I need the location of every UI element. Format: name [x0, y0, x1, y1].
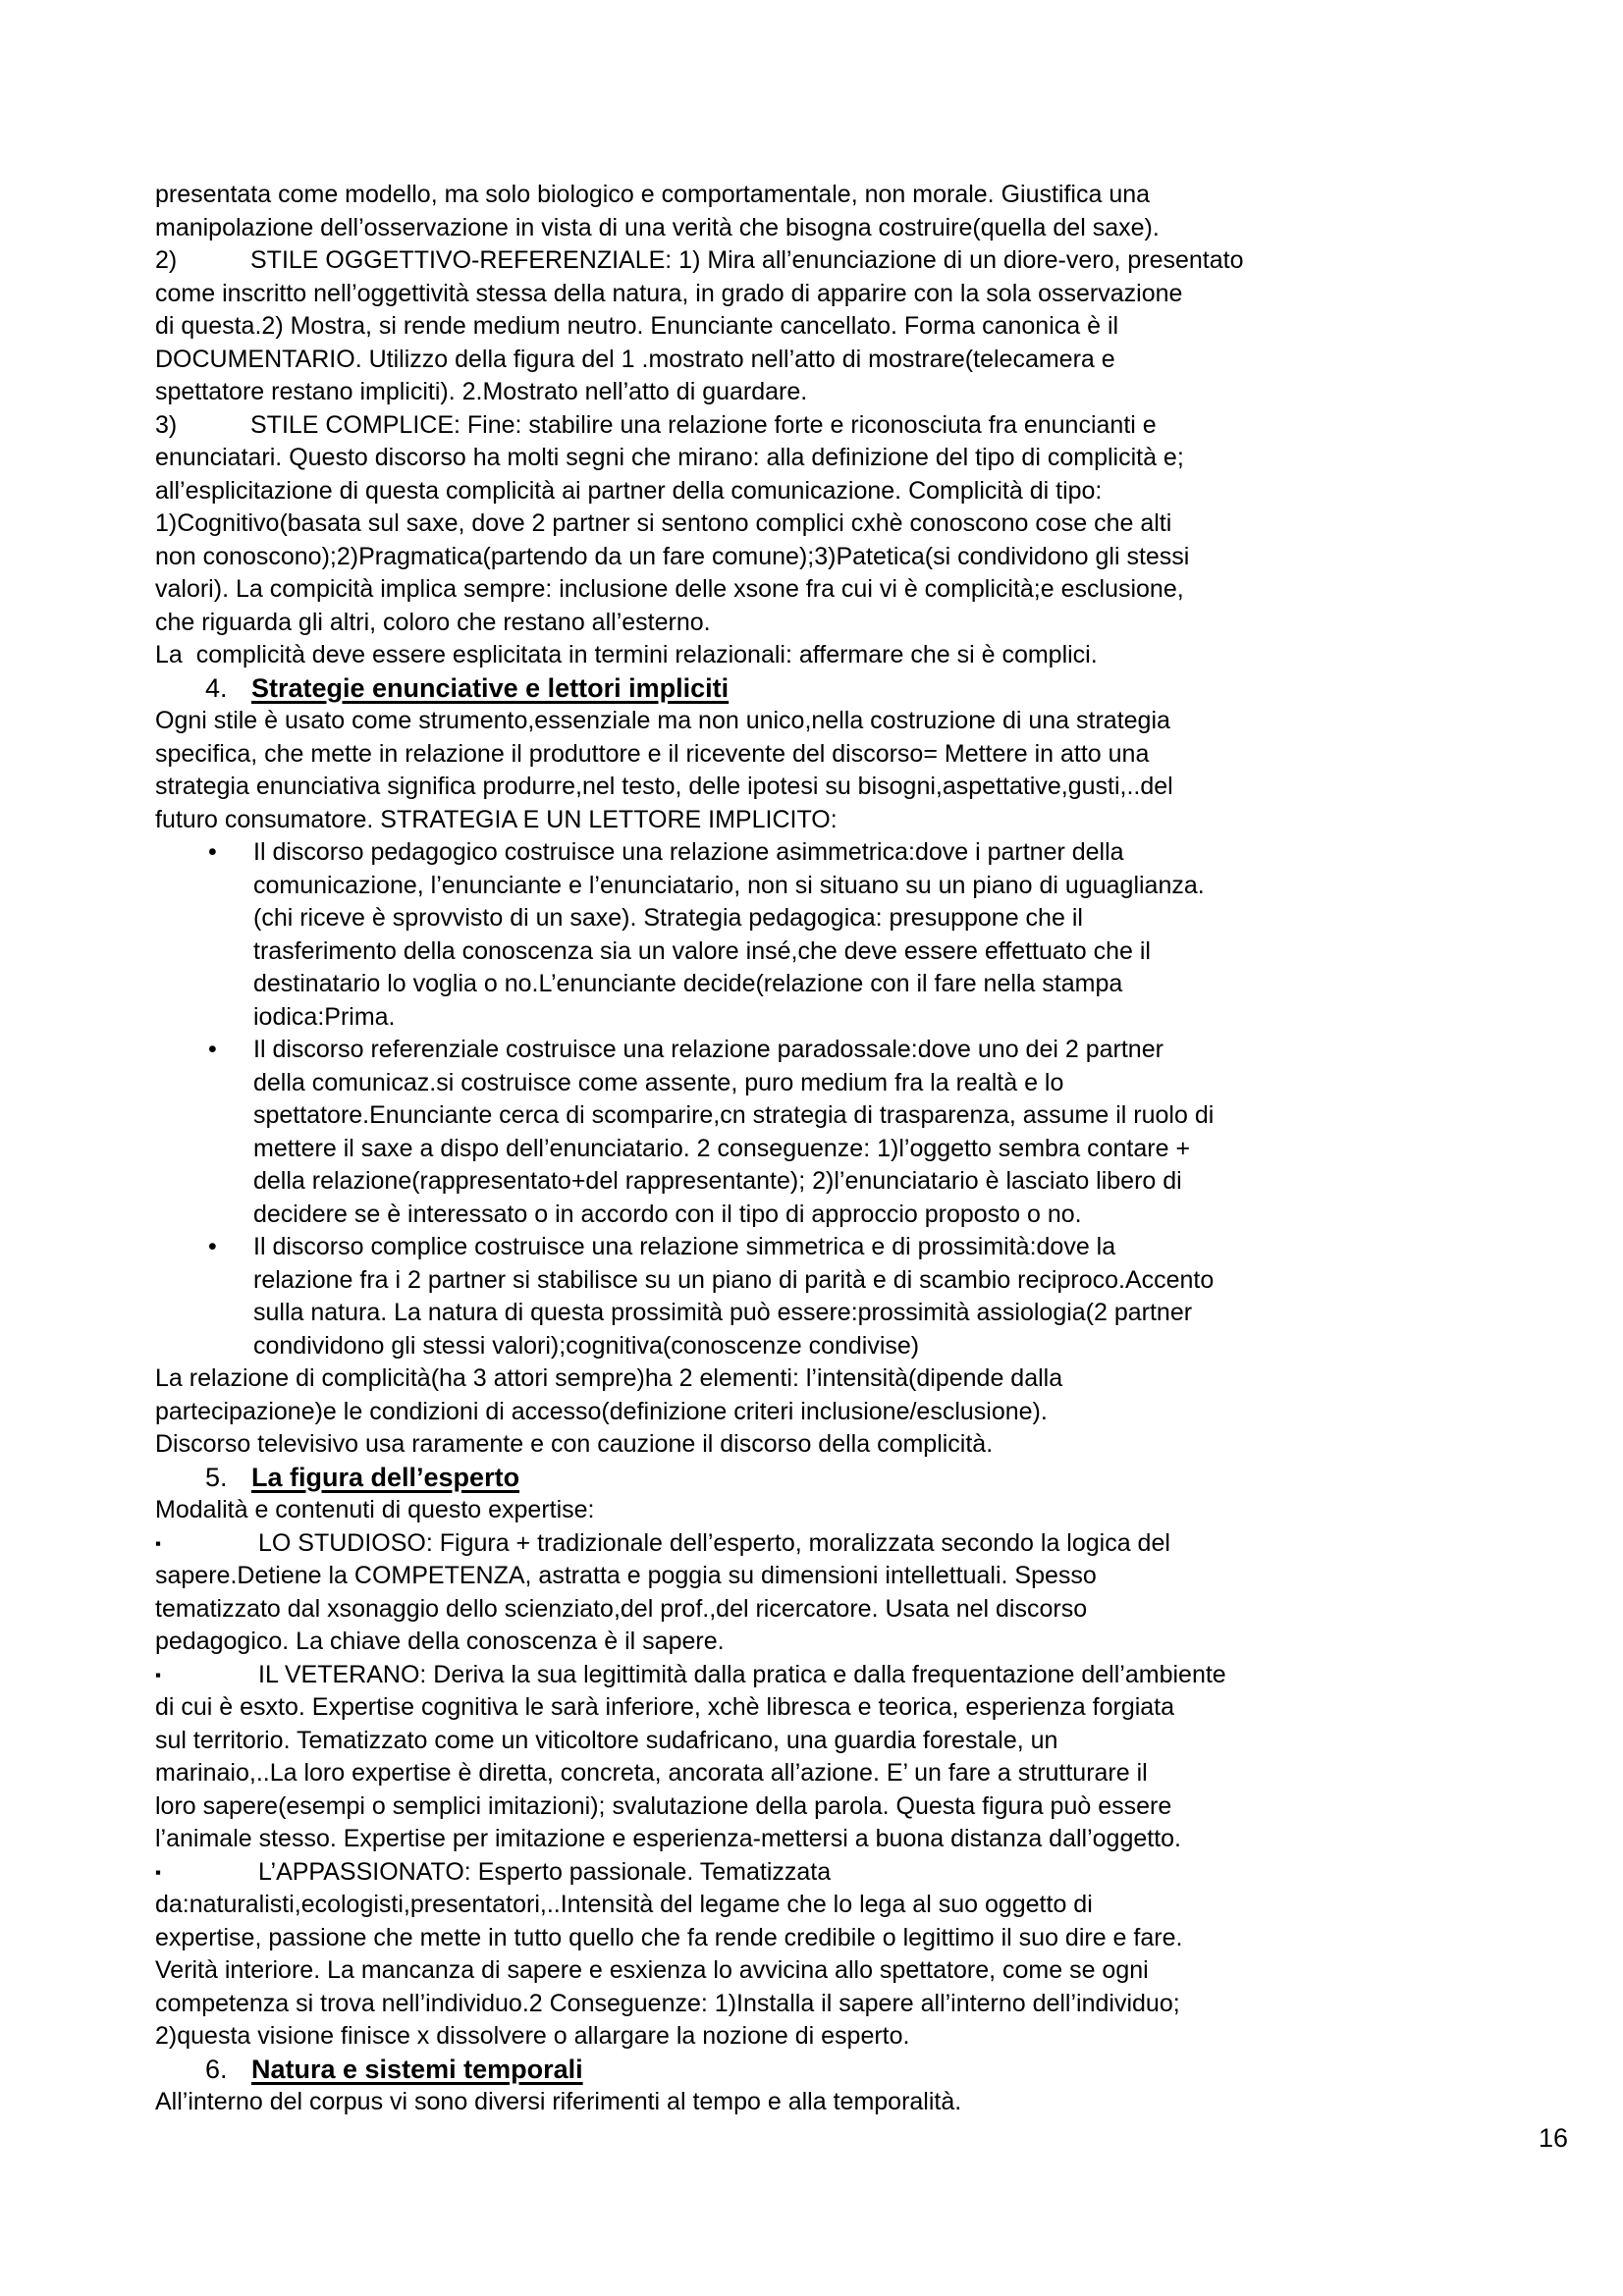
- text-line: 2)questa visione finisce x dissolvere o …: [155, 2020, 1520, 2054]
- page-number: 16: [1539, 2122, 1568, 2156]
- text-line: sapere.Detiene la COMPETENZA, astratta e…: [155, 1560, 1520, 1593]
- bullet-continuation-line: iodica:Prima.: [155, 1001, 1520, 1035]
- paragraph-text: STILE COMPLICE: Fine: stabilire una rela…: [250, 411, 1157, 439]
- bullet-item-line: •Il discorso complice costruisce una rel…: [155, 1231, 1520, 1264]
- bullet-continuation-line: della relazione(rappresentato+del rappre…: [155, 1165, 1520, 1199]
- bullet-continuation-line: trasferimento della conoscenza sia un va…: [155, 935, 1520, 969]
- bullet-icon: ▪: [155, 1527, 258, 1561]
- bullet-item-line: •Il discorso referenziale costruisce una…: [155, 1034, 1520, 1067]
- bullet-continuation-line: mettere il saxe a dispo dell’enunciatari…: [155, 1133, 1520, 1166]
- expert-bullet-line: ▪L’APPASSIONATO: Esperto passionale. Tem…: [155, 1856, 1520, 1890]
- numbered-paragraph-line: 2)STILE OGGETTIVO-REFERENZIALE: 1) Mira …: [155, 244, 1520, 278]
- bullet-continuation-line: relazione fra i 2 partner si stabilisce …: [155, 1264, 1520, 1298]
- text-line: l’animale stesso. Expertise per imitazio…: [155, 1823, 1520, 1856]
- bullet-continuation-line: condividono gli stessi valori);cognitiva…: [155, 1330, 1520, 1363]
- text-line: pedagogico. La chiave della conoscenza è…: [155, 1626, 1520, 1659]
- text-line: La complicità deve essere esplicitata in…: [155, 639, 1520, 672]
- text-line: non conoscono);2)Pragmatica(partendo da …: [155, 541, 1520, 574]
- heading-number: 5.: [205, 1462, 251, 1495]
- text-line: sul territorio. Tematizzato come un viti…: [155, 1725, 1520, 1758]
- text-line: di questa.2) Mostra, si rende medium neu…: [155, 310, 1520, 344]
- heading-number: 6.: [205, 2054, 251, 2087]
- text-line: all’esplicitazione di questa complicità …: [155, 475, 1520, 508]
- section-heading: 5.La figura dell’esperto: [155, 1462, 1520, 1495]
- bullet-text: IL VETERANO: Deriva la sua legittimità d…: [258, 1661, 1226, 1688]
- bullet-text: Il discorso pedagogico costruisce una re…: [253, 838, 1124, 866]
- bullet-item-line: •Il discorso pedagogico costruisce una r…: [155, 836, 1520, 870]
- text-line: di cui è esxto. Expertise cognitiva le s…: [155, 1691, 1520, 1725]
- text-line: competenza si trova nell’individuo.2 Con…: [155, 1988, 1520, 2021]
- text-line: Discorso televisivo usa raramente e con …: [155, 1428, 1520, 1462]
- bullet-continuation-line: destinatario lo voglia o no.L’enunciante…: [155, 968, 1520, 1001]
- expert-bullet-line: ▪IL VETERANO: Deriva la sua legittimità …: [155, 1659, 1520, 1692]
- text-line: partecipazione)e le condizioni di access…: [155, 1396, 1520, 1429]
- text-line: come inscritto nell’oggettività stessa d…: [155, 278, 1520, 311]
- bullet-text: L’APPASSIONATO: Esperto passionale. Tema…: [258, 1858, 831, 1886]
- text-line: Ogni stile è usato come strumento,essenz…: [155, 705, 1520, 738]
- bullet-continuation-line: sulla natura. La natura di questa prossi…: [155, 1297, 1520, 1330]
- text-line: La relazione di complicità(ha 3 attori s…: [155, 1362, 1520, 1396]
- bullet-icon: ▪: [155, 1659, 258, 1692]
- text-line: presentata come modello, ma solo biologi…: [155, 179, 1520, 212]
- text-line: 1)Cognitivo(basata sul saxe, dove 2 part…: [155, 507, 1520, 541]
- text-line: strategia enunciativa significa produrre…: [155, 771, 1520, 804]
- section-heading: 4.Strategie enunciative e lettori implic…: [155, 672, 1520, 706]
- document-page: presentata come modello, ma solo biologi…: [0, 0, 1623, 2296]
- document-body: presentata come modello, ma solo biologi…: [155, 179, 1520, 2119]
- text-line: specifica, che mette in relazione il pro…: [155, 738, 1520, 772]
- bullet-icon: •: [208, 836, 253, 870]
- bullet-text: Il discorso referenziale costruisce una …: [253, 1036, 1163, 1063]
- text-line: expertise, passione che mette in tutto q…: [155, 1922, 1520, 1955]
- bullet-continuation-line: decidere se è interessato o in accordo c…: [155, 1199, 1520, 1232]
- section-heading: 6.Natura e sistemi temporali: [155, 2054, 1520, 2087]
- heading-text: Natura e sistemi temporali: [251, 2055, 583, 2084]
- paragraph-number: 2): [155, 244, 250, 278]
- bullet-continuation-line: comunicazione, l’enunciante e l’enunciat…: [155, 870, 1520, 903]
- text-line: Verità interiore. La mancanza di sapere …: [155, 1954, 1520, 1988]
- bullet-text: LO STUDIOSO: Figura + tradizionale dell’…: [258, 1529, 1170, 1557]
- bullet-icon: •: [208, 1034, 253, 1067]
- bullet-icon: •: [208, 1231, 253, 1264]
- text-line: Modalità e contenuti di questo expertise…: [155, 1494, 1520, 1527]
- bullet-continuation-line: della comunicaz.si costruisce come assen…: [155, 1067, 1520, 1100]
- bullet-icon: ▪: [155, 1856, 258, 1890]
- heading-text: Strategie enunciative e lettori implicit…: [251, 673, 729, 703]
- text-line: All’interno del corpus vi sono diversi r…: [155, 2086, 1520, 2119]
- text-line: DOCUMENTARIO. Utilizzo della figura del …: [155, 344, 1520, 377]
- paragraph-number: 3): [155, 409, 250, 443]
- text-line: tematizzato dal xsonaggio dello scienzia…: [155, 1593, 1520, 1627]
- text-line: enunciatari. Questo discorso ha molti se…: [155, 442, 1520, 475]
- paragraph-text: STILE OGGETTIVO-REFERENZIALE: 1) Mira al…: [250, 246, 1244, 274]
- heading-text: La figura dell’esperto: [251, 1463, 519, 1492]
- text-line: futuro consumatore. STRATEGIA E UN LETTO…: [155, 804, 1520, 837]
- text-line: spettatore restano impliciti). 2.Mostrat…: [155, 376, 1520, 409]
- bullet-continuation-line: spettatore.Enunciante cerca di scomparir…: [155, 1099, 1520, 1133]
- numbered-paragraph-line: 3)STILE COMPLICE: Fine: stabilire una re…: [155, 409, 1520, 443]
- heading-number: 4.: [205, 672, 251, 706]
- bullet-continuation-line: (chi riceve è sprovvisto di un saxe). St…: [155, 902, 1520, 935]
- text-line: loro sapere(esempi o semplici imitazioni…: [155, 1790, 1520, 1824]
- text-line: marinaio,..La loro expertise è diretta, …: [155, 1757, 1520, 1790]
- text-line: da:naturalisti,ecologisti,presentatori,.…: [155, 1889, 1520, 1922]
- text-line: valori). La compicità implica sempre: in…: [155, 573, 1520, 607]
- text-line: manipolazione dell’osservazione in vista…: [155, 212, 1520, 245]
- text-line: che riguarda gli altri, coloro che resta…: [155, 607, 1520, 640]
- expert-bullet-line: ▪LO STUDIOSO: Figura + tradizionale dell…: [155, 1527, 1520, 1561]
- bullet-text: Il discorso complice costruisce una rela…: [253, 1233, 1115, 1260]
